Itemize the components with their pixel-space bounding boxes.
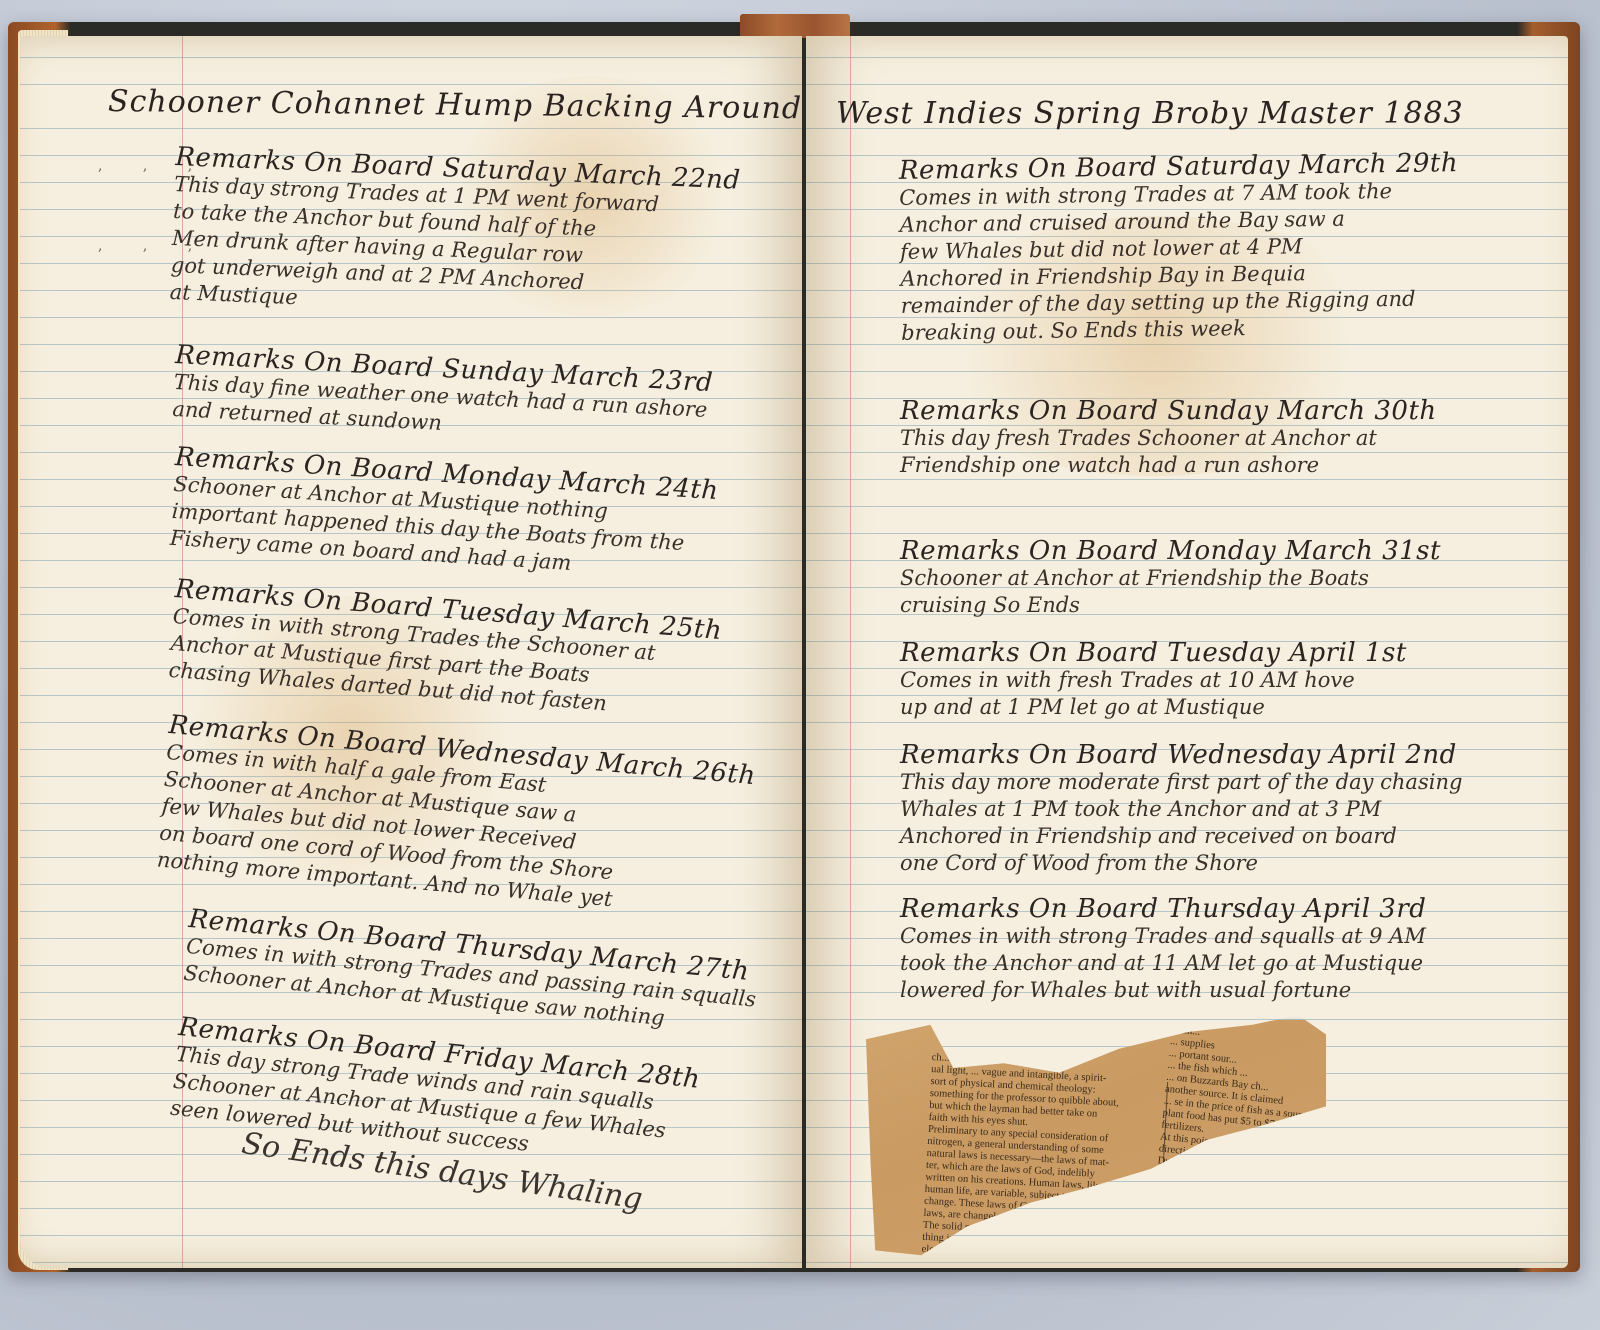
entry-line: cruising So Ends — [900, 592, 1441, 619]
entry-heading: Remarks On Board Wednesday April 2nd — [900, 742, 1462, 769]
entry-line: Comes in with strong Trades and squalls … — [900, 923, 1426, 950]
entry-line: lowered for Whales but with usual fortun… — [900, 977, 1426, 1004]
clipping-line: higher temperature ... — [919, 1292, 1109, 1314]
entry-line: Whales at 1 PM took the Anchor and at 3 … — [900, 796, 1462, 823]
log-entry: Remarks On Board Thursday April 3rd Come… — [900, 896, 1426, 1004]
margin-rule — [850, 36, 851, 1268]
entry-heading: Remarks On Board Monday March 31st — [900, 538, 1441, 565]
page-title: Schooner Cohannet Hump Backing Around Th… — [108, 84, 802, 127]
entry-line: Anchored in Friendship and received on b… — [900, 823, 1462, 850]
entry-line: Friendship one watch had a run ashore — [900, 452, 1437, 479]
log-entry: Remarks On Board Sunday March 30th This … — [900, 398, 1437, 479]
clipping-line: temperature to become ... — [919, 1280, 1109, 1302]
clipping-line: stances we know ... — [918, 1304, 1108, 1326]
entry-heading: Remarks On Board Thursday April 3rd — [900, 896, 1426, 923]
left-page: , , , , , , Schooner Cohannet Hump Backi… — [20, 36, 802, 1268]
entry-line: up and at 1 PM let go at Mustique — [900, 694, 1407, 721]
page-title: West Indies Spring Broby Master 1883 — [836, 96, 1464, 131]
clipping-line: proportion ... — [918, 1316, 1108, 1330]
entry-heading: Remarks On Board Tuesday April 1st — [900, 640, 1407, 667]
entry-line: This day more moderate first part of the… — [900, 769, 1462, 796]
entry-line: took the Anchor and at 11 AM let go at M… — [900, 950, 1426, 977]
entry-line: Comes in with fresh Trades at 10 AM hove — [900, 667, 1407, 694]
log-entry: Remarks On Board Saturday March 29th Com… — [899, 150, 1461, 347]
entry-line: This day fresh Trades Schooner at Anchor… — [900, 425, 1437, 452]
entry-line: Schooner at Anchor at Friendship the Boa… — [900, 565, 1441, 592]
log-entry: Remarks On Board Saturday March 22nd Thi… — [169, 144, 741, 330]
log-entry: Remarks On Board Monday March 24th Schoo… — [169, 444, 719, 586]
log-entry: Remarks On Board Tuesday April 1st Comes… — [900, 640, 1407, 721]
book-spine — [740, 14, 850, 38]
log-entry: Remarks On Board Wednesday April 2nd Thi… — [900, 742, 1462, 877]
log-entry: Remarks On Board Sunday March 23rd This … — [172, 342, 714, 451]
entry-heading: Remarks On Board Sunday March 30th — [900, 398, 1437, 425]
log-entry: Remarks On Board Monday March 31st Schoo… — [900, 538, 1441, 619]
log-entry: Remarks On Board Wednesday March 26th Co… — [156, 712, 757, 925]
entry-line: one Cord of Wood from the Shore — [900, 850, 1462, 877]
